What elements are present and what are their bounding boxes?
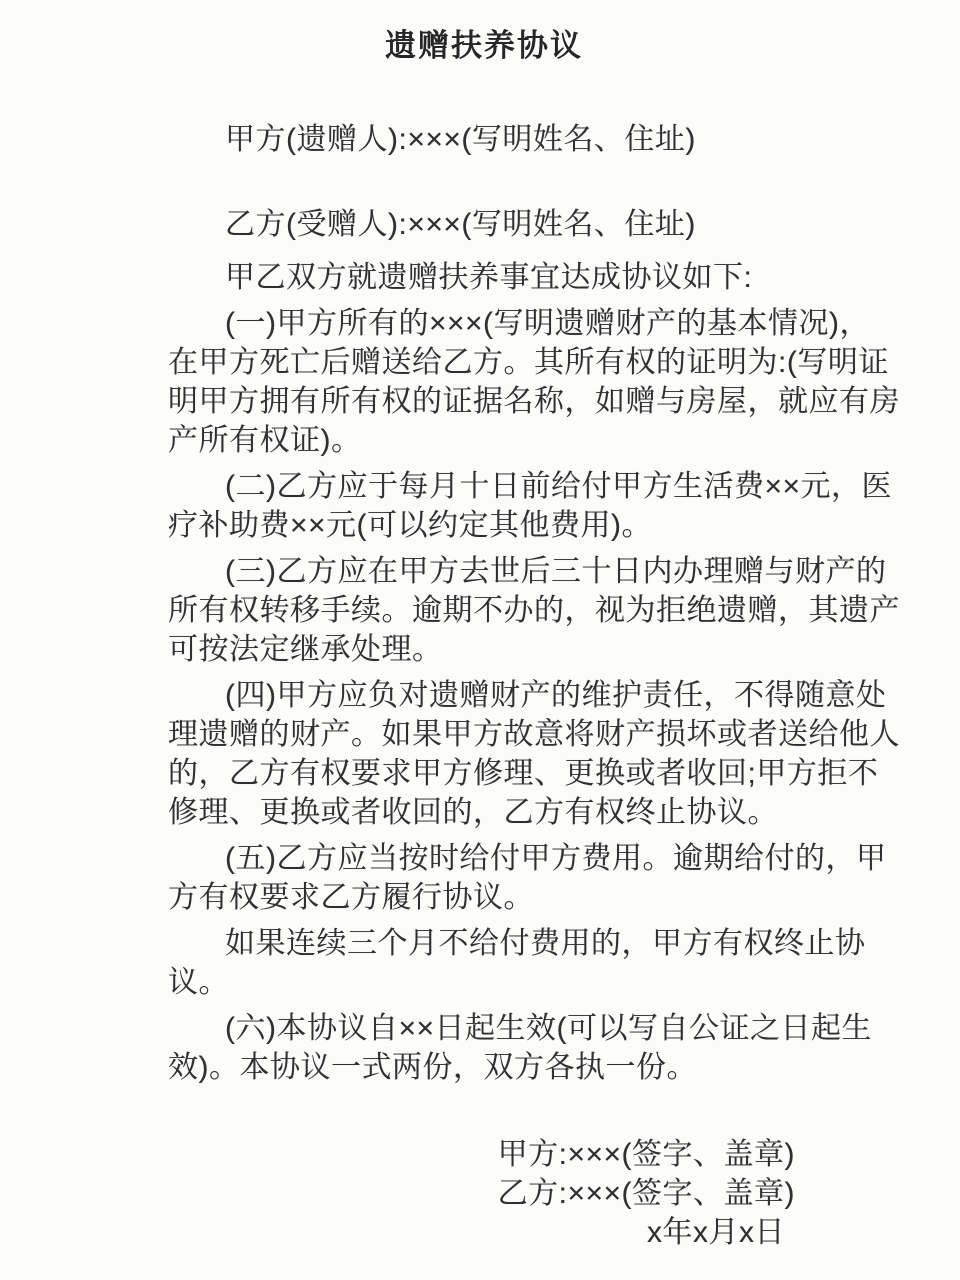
clause-2-line-2: 疗补助费××元(可以约定其他费用)。: [168, 506, 800, 545]
clause-1: (一)甲方所有的×××(写明遗赠财产的基本情况)， 在甲方死亡后赠送给乙方。其所…: [168, 304, 800, 460]
clause-4-line-1: (四)甲方应负对遗赠财产的维护责任，不得随意处: [168, 676, 800, 715]
party-b-line: 乙方(受赠人):×××(写明姓名、住址): [168, 205, 800, 244]
signature-date: x年x月x日: [168, 1213, 795, 1252]
clause-5-cont-line-1: 如果连续三个月不给付费用的，甲方有权终止协: [168, 924, 800, 963]
intro-line: 甲乙双方就遗赠扶养事宜达成协议如下:: [168, 258, 800, 297]
party-a-line: 甲方(遗赠人):×××(写明姓名、住址): [168, 120, 800, 159]
document-title: 遗赠扶养协议: [168, 26, 800, 66]
clause-1-line-3: 明甲方拥有所有权的证据名称，如赠与房屋，就应有房: [168, 382, 800, 421]
clause-3-line-2: 所有权转移手续。逾期不办的，视为拒绝遗赠，其遗产: [168, 591, 800, 630]
clause-2: (二)乙方应于每月十日前给付甲方生活费××元，医 疗补助费××元(可以约定其他费…: [168, 467, 800, 545]
clause-1-line-1: (一)甲方所有的×××(写明遗赠财产的基本情况)，: [168, 304, 800, 343]
signature-party-b: 乙方:×××(签字、盖章): [168, 1174, 795, 1213]
clause-3-line-3: 可按法定继承处理。: [168, 630, 800, 669]
clause-5-line-1: (五)乙方应当按时给付甲方费用。逾期给付的，甲: [168, 839, 800, 878]
document-page: 遗赠扶养协议 甲方(遗赠人):×××(写明姓名、住址) 乙方(受赠人):×××(…: [0, 0, 960, 1280]
clause-5: (五)乙方应当按时给付甲方费用。逾期给付的，甲 方有权要求乙方履行协议。: [168, 839, 800, 917]
clause-4-line-3: 的，乙方有权要求甲方修理、更换或者收回;甲方拒不: [168, 754, 800, 793]
clause-3-line-1: (三)乙方应在甲方去世后三十日内办理赠与财产的: [168, 552, 800, 591]
clause-6-line-1: (六)本协议自××日起生效(可以写自公证之日起生: [168, 1009, 800, 1048]
clause-2-line-1: (二)乙方应于每月十日前给付甲方生活费××元，医: [168, 467, 800, 506]
clause-5-line-2: 方有权要求乙方履行协议。: [168, 878, 800, 917]
clause-4-line-2: 理遗赠的财产。如果甲方故意将财产损坏或者送给他人: [168, 715, 800, 754]
clause-6-line-2: 效)。本协议一式两份，双方各执一份。: [168, 1048, 800, 1087]
signature-party-a: 甲方:×××(签字、盖章): [168, 1135, 795, 1174]
clause-5-continuation: 如果连续三个月不给付费用的，甲方有权终止协 议。: [168, 924, 800, 1002]
clause-4: (四)甲方应负对遗赠财产的维护责任，不得随意处 理遗赠的财产。如果甲方故意将财产…: [168, 676, 800, 832]
clause-6: (六)本协议自××日起生效(可以写自公证之日起生 效)。本协议一式两份，双方各执…: [168, 1009, 800, 1087]
clause-1-line-4: 产所有权证)。: [168, 421, 800, 460]
signature-block: 甲方:×××(签字、盖章) 乙方:×××(签字、盖章) x年x月x日: [168, 1135, 800, 1252]
clause-3: (三)乙方应在甲方去世后三十日内办理赠与财产的 所有权转移手续。逾期不办的，视为…: [168, 552, 800, 669]
clause-1-line-2: 在甲方死亡后赠送给乙方。其所有权的证明为:(写明证: [168, 343, 800, 382]
clause-4-line-4: 修理、更换或者收回的，乙方有权终止协议。: [168, 793, 800, 832]
clause-5-cont-line-2: 议。: [168, 963, 800, 1002]
